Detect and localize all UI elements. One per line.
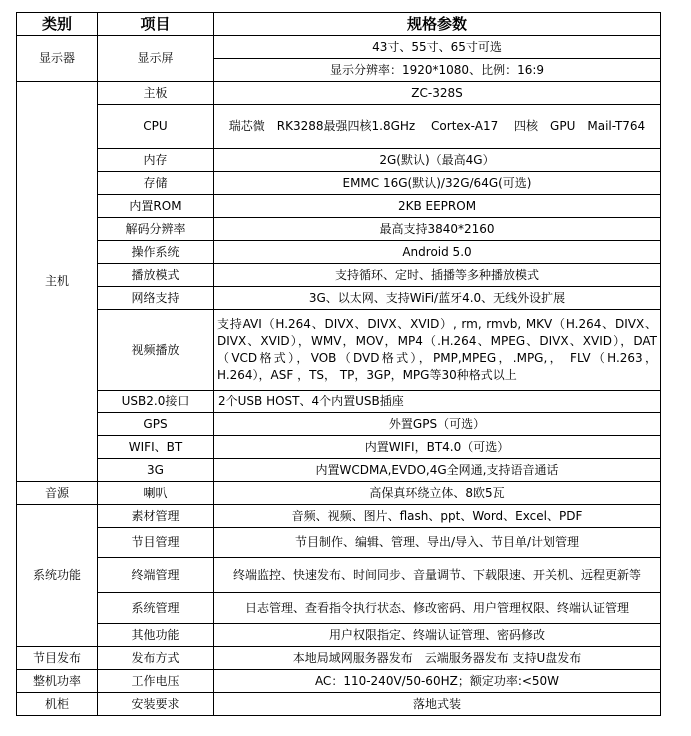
- item-cell: 安装要求: [98, 693, 214, 716]
- spec-cell: 最高支持3840*2160: [214, 218, 661, 241]
- spec-cell: 43寸、55寸、65寸可选: [214, 36, 661, 59]
- item-cell: 主板: [98, 82, 214, 105]
- item-cell: 终端管理: [98, 558, 214, 593]
- category-cell: 节目发布: [17, 647, 98, 670]
- item-cell: 网络支持: [98, 287, 214, 310]
- spec-cell: 瑞芯微 RK3288最强四核1.8GHz Cortex-A17 四核 GPU M…: [214, 105, 661, 149]
- item-cell: 3G: [98, 459, 214, 482]
- table-row: 系统管理 日志管理、查看指令执行状态、修改密码、用户管理权限、终端认证管理: [17, 593, 661, 624]
- item-cell: 内置ROM: [98, 195, 214, 218]
- item-cell: 操作系统: [98, 241, 214, 264]
- header-spec: 规格参数: [214, 13, 661, 36]
- spec-cell: ZC-328S: [214, 82, 661, 105]
- table-row: 显示器 显示屏 43寸、55寸、65寸可选: [17, 36, 661, 59]
- spec-cell: AC：110-240V/50-60HZ；额定功率:<50W: [214, 670, 661, 693]
- category-cell: 整机功率: [17, 670, 98, 693]
- table-row: 主机 主板 ZC-328S: [17, 82, 661, 105]
- table-row: 视频播放 支持AVI（H.264、DIVX、DIVX、XVID）, rm, rm…: [17, 310, 661, 391]
- spec-cell: 外置GPS（可选）: [214, 413, 661, 436]
- spec-cell: 内置WIFI，BT4.0（可选）: [214, 436, 661, 459]
- item-cell: 其他功能: [98, 624, 214, 647]
- spec-cell: 音频、视频、图片、flash、ppt、Word、Excel、PDF: [214, 505, 661, 528]
- item-cell: 发布方式: [98, 647, 214, 670]
- table-row: 节目发布 发布方式 本地局域网服务器发布 云端服务器发布 支持U盘发布: [17, 647, 661, 670]
- spec-cell: 2个USB HOST、4个内置USB插座: [214, 391, 661, 413]
- category-cell: 显示器: [17, 36, 98, 82]
- table-row: 机柜 安装要求 落地式装: [17, 693, 661, 716]
- spec-cell: 支持循环、定时、插播等多种播放模式: [214, 264, 661, 287]
- spec-table: 类别 项目 规格参数 显示器 显示屏 43寸、55寸、65寸可选 显示分辨率：1…: [16, 12, 661, 716]
- table-row: 其他功能 用户权限指定、终端认证管理、密码修改: [17, 624, 661, 647]
- item-cell: GPS: [98, 413, 214, 436]
- header-row: 类别 项目 规格参数: [17, 13, 661, 36]
- item-cell: CPU: [98, 105, 214, 149]
- item-cell: 内存: [98, 149, 214, 172]
- item-cell: 显示屏: [98, 36, 214, 82]
- spec-cell: 本地局域网服务器发布 云端服务器发布 支持U盘发布: [214, 647, 661, 670]
- item-cell: 视频播放: [98, 310, 214, 391]
- table-row: 音源 喇叭 高保真环绕立体、8欧5瓦: [17, 482, 661, 505]
- table-row: 3G 内置WCDMA,EVDO,4G全网通,支持语音通话: [17, 459, 661, 482]
- header-category: 类别: [17, 13, 98, 36]
- item-cell: 播放模式: [98, 264, 214, 287]
- spec-cell: 2G(默认)（最高4G）: [214, 149, 661, 172]
- header-item: 项目: [98, 13, 214, 36]
- table-row: 节目管理 节目制作、编辑、管理、导出/导入、节目单/计划管理: [17, 528, 661, 558]
- table-row: 网络支持 3G、以太网、支持WiFi/蓝牙4.0、无线外设扩展: [17, 287, 661, 310]
- table-row: 存储 EMMC 16G(默认)/32G/64G(可选): [17, 172, 661, 195]
- spec-cell: 高保真环绕立体、8欧5瓦: [214, 482, 661, 505]
- table-row: 操作系统 Android 5.0: [17, 241, 661, 264]
- table-row: 内置ROM 2KB EEPROM: [17, 195, 661, 218]
- spec-cell: EMMC 16G(默认)/32G/64G(可选): [214, 172, 661, 195]
- item-cell: WIFI、BT: [98, 436, 214, 459]
- table-row: 系统功能 素材管理 音频、视频、图片、flash、ppt、Word、Excel、…: [17, 505, 661, 528]
- table-row: 播放模式 支持循环、定时、插播等多种播放模式: [17, 264, 661, 287]
- spec-cell: 日志管理、查看指令执行状态、修改密码、用户管理权限、终端认证管理: [214, 593, 661, 624]
- item-cell: 存储: [98, 172, 214, 195]
- category-cell: 机柜: [17, 693, 98, 716]
- item-cell: 系统管理: [98, 593, 214, 624]
- spec-cell: 显示分辨率：1920*1080、比例：16:9: [214, 59, 661, 82]
- item-cell: 节目管理: [98, 528, 214, 558]
- spec-cell: 3G、以太网、支持WiFi/蓝牙4.0、无线外设扩展: [214, 287, 661, 310]
- table-row: GPS 外置GPS（可选）: [17, 413, 661, 436]
- category-cell: 音源: [17, 482, 98, 505]
- spec-cell: 落地式装: [214, 693, 661, 716]
- category-cell: 系统功能: [17, 505, 98, 647]
- table-row: 终端管理 终端监控、快速发布、时间同步、音量调节、下载限速、开关机、远程更新等: [17, 558, 661, 593]
- spec-cell: 用户权限指定、终端认证管理、密码修改: [214, 624, 661, 647]
- spec-cell: 节目制作、编辑、管理、导出/导入、节目单/计划管理: [214, 528, 661, 558]
- table-row: 整机功率 工作电压 AC：110-240V/50-60HZ；额定功率:<50W: [17, 670, 661, 693]
- spec-cell: 内置WCDMA,EVDO,4G全网通,支持语音通话: [214, 459, 661, 482]
- spec-cell: 支持AVI（H.264、DIVX、DIVX、XVID）, rm, rmvb, M…: [214, 310, 661, 391]
- table-row: CPU 瑞芯微 RK3288最强四核1.8GHz Cortex-A17 四核 G…: [17, 105, 661, 149]
- item-cell: 喇叭: [98, 482, 214, 505]
- table-row: USB2.0接口 2个USB HOST、4个内置USB插座: [17, 391, 661, 413]
- table-row: 解码分辨率 最高支持3840*2160: [17, 218, 661, 241]
- spec-cell: 终端监控、快速发布、时间同步、音量调节、下载限速、开关机、远程更新等: [214, 558, 661, 593]
- item-cell: 工作电压: [98, 670, 214, 693]
- table-row: 内存 2G(默认)（最高4G）: [17, 149, 661, 172]
- spec-cell: 2KB EEPROM: [214, 195, 661, 218]
- item-cell: USB2.0接口: [98, 391, 214, 413]
- table-row: WIFI、BT 内置WIFI，BT4.0（可选）: [17, 436, 661, 459]
- item-cell: 解码分辨率: [98, 218, 214, 241]
- spec-cell: Android 5.0: [214, 241, 661, 264]
- category-cell: 主机: [17, 82, 98, 482]
- item-cell: 素材管理: [98, 505, 214, 528]
